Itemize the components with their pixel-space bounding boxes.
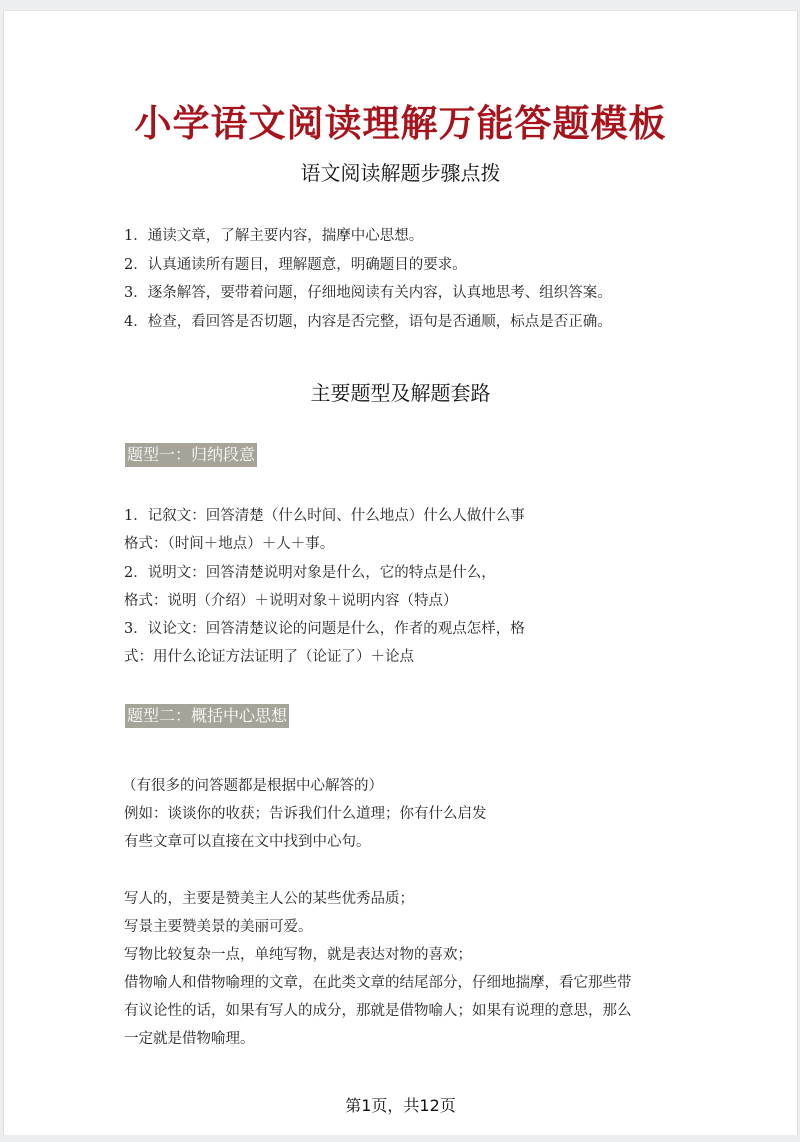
type1-line: 3．议论文：回答清楚议论的问题是什么，作者的观点怎样，格 (124, 619, 525, 639)
type1-line: 格式：说明（介绍）＋说明对象＋说明内容（特点） (124, 591, 458, 611)
step-item: 1．通读文章，了解主要内容，揣摩中心思想。 (124, 226, 423, 246)
document-title: 小学语文阅读理解万能答题模板 (4, 93, 797, 147)
type2-line: （有很多的问答题都是根据中心解答的） (122, 776, 383, 796)
question-type-1-label: 题型一：归纳段意 (125, 443, 257, 467)
section-heading-types: 主要题型及解题套路 (4, 377, 797, 406)
type2-line: 借物喻人和借物喻理的文章，在此类文章的结尾部分，仔细地揣摩，看它那些带 (124, 973, 632, 993)
type2-line: 一定就是借物喻理。 (124, 1029, 255, 1049)
page-indicator: 第1页，共12页 (4, 1093, 797, 1116)
step-item: 3．逐条解答，要带着问题，仔细地阅读有关内容，认真地思考、组织答案。 (124, 283, 612, 303)
section-heading-steps: 语文阅读解题步骤点拨 (4, 157, 797, 186)
question-type-2-label: 题型二：概括中心思想 (125, 704, 289, 728)
step-item: 2．认真通读所有题目，理解题意，明确题目的要求。 (124, 255, 467, 275)
type1-line: 格式：（时间＋地点）＋人＋事。 (124, 534, 334, 554)
step-item: 4．检查，看回答是否切题，内容是否完整，语句是否通顺，标点是否正确。 (124, 312, 612, 332)
type1-line: 1．记叙文：回答清楚（什么时间、什么地点）什么人做什么事 (124, 506, 525, 526)
type2-line: 有些文章可以直接在文中找到中心句。 (124, 832, 371, 852)
type2-line: 写景主要赞美景的美丽可爱。 (124, 917, 313, 937)
type2-line: 例如：谈谈你的收获；告诉我们什么道理；你有什么启发 (124, 804, 487, 824)
document-page: 小学语文阅读理解万能答题模板 语文阅读解题步骤点拨 1．通读文章，了解主要内容，… (3, 10, 798, 1135)
type2-line: 有议论性的话，如果有写人的成分，那就是借物喻人；如果有说理的意思，那么 (124, 1001, 632, 1021)
type2-line: 写人的，主要是赞美主人公的某些优秀品质； (124, 889, 414, 909)
type2-line: 写物比较复杂一点，单纯写物，就是表达对物的喜欢； (124, 945, 472, 965)
type1-line: 式：用什么论证方法证明了（论证了）＋论点 (124, 647, 414, 667)
type1-line: 2．说明文：回答清楚说明对象是什么，它的特点是什么， (124, 563, 496, 583)
